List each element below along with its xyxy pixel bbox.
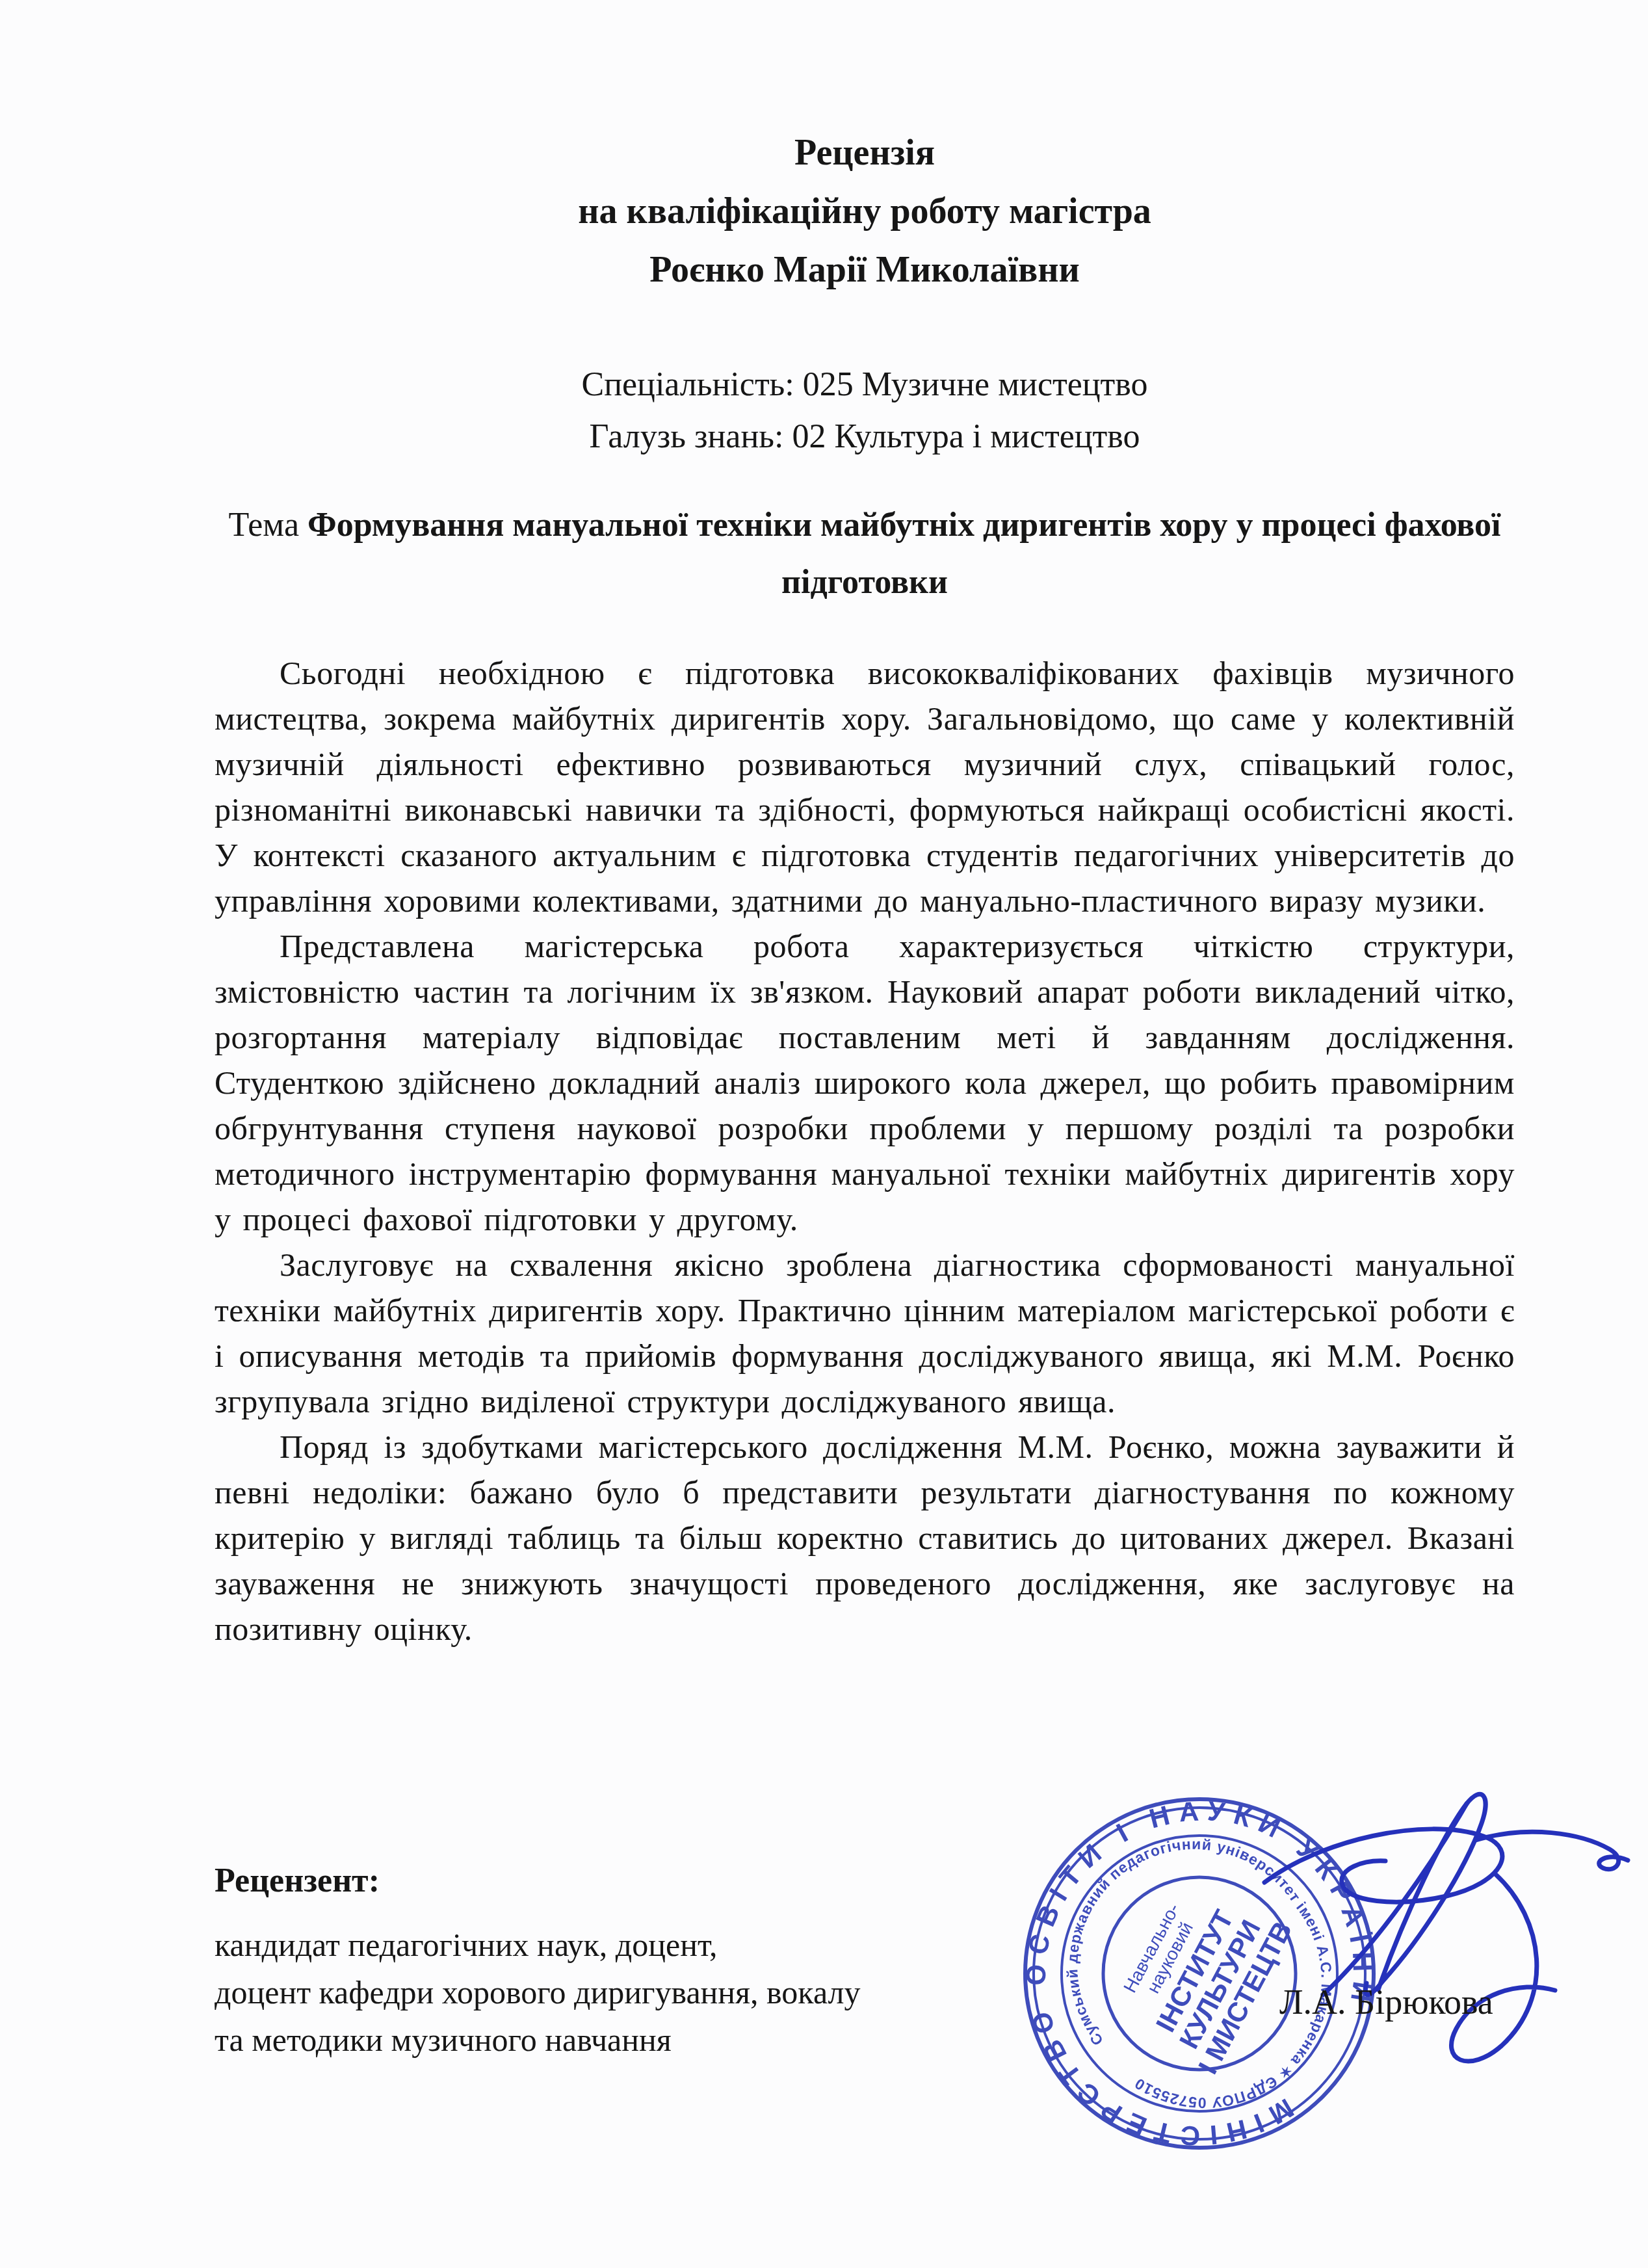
theme-label: Тема — [228, 507, 307, 544]
signature-stroke — [1365, 1794, 1485, 1994]
reviewer-department-line: та методики музичного навчання — [215, 2016, 860, 2064]
speciality-block: Спеціальність: 025 Музичне мистецтво Гал… — [215, 359, 1515, 463]
body-paragraph: Заслуговує на схвалення якісно зроблена … — [215, 1242, 1515, 1424]
body-paragraph: Сьогодні необхідною є підготовка високок… — [215, 650, 1515, 923]
reviewer-block: Рецензент: кандидат педагогічних наук, д… — [215, 1857, 860, 2064]
reviewer-position-line: доцент кафедри хорового диригування, вок… — [215, 1969, 860, 2016]
review-body: Сьогодні необхідною є підготовка високок… — [215, 650, 1515, 1652]
body-paragraph: Поряд із здобутками магістерського дослі… — [215, 1424, 1515, 1652]
signature-stroke — [1264, 1829, 1502, 1902]
subtitle-line-2: Роєнко Марії Миколаївни — [215, 241, 1515, 299]
review-document-page: Рецензія на кваліфікаційну роботу магіст… — [0, 0, 1648, 2268]
document-content: Рецензія на кваліфікаційну роботу магіст… — [215, 0, 1515, 1652]
signature-name: Л.А. Бірюкова — [1279, 1982, 1493, 2022]
body-paragraph: Представлена магістерська робота характе… — [215, 923, 1515, 1242]
title-block: Рецензія на кваліфікаційну роботу магіст… — [215, 124, 1515, 299]
theme-title: Формування мануальної техніки майбутніх … — [307, 507, 1501, 601]
specialty-line: Спеціальність: 025 Музичне мистецтво — [215, 359, 1515, 411]
subtitle-line-1: на кваліфікаційну роботу магістра — [215, 182, 1515, 241]
theme-block: Тема Формування мануальної техніки майбу… — [215, 497, 1515, 611]
reviewer-label: Рецензент: — [215, 1857, 860, 1905]
reviewer-signature — [1190, 1749, 1648, 2113]
field-of-knowledge-line: Галузь знань: 02 Культура і мистецтво — [215, 411, 1515, 463]
signature-stroke — [1451, 1874, 1555, 2061]
reviewer-degree-line: кандидат педагогічних наук, доцент, — [215, 1921, 860, 1969]
page-title: Рецензія — [215, 124, 1515, 182]
